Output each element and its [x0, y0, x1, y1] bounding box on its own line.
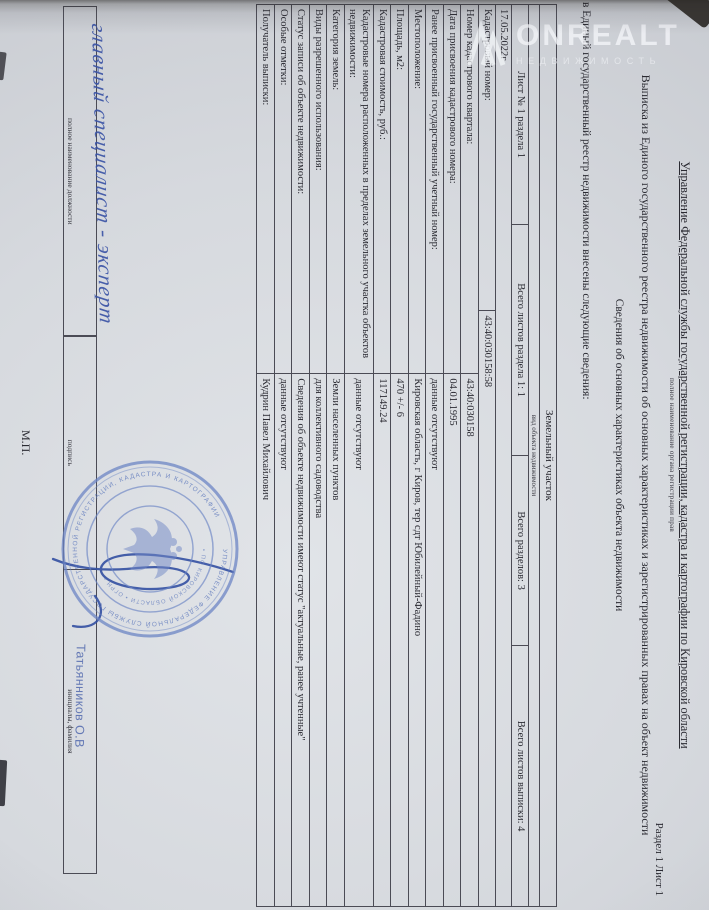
row-value: для коллективного садоводства	[310, 374, 325, 906]
table-row: Дата присвоения кадастрового номера: 04.…	[444, 5, 462, 906]
row-value: Земли населенных пунктов	[328, 374, 343, 906]
row-value: 43:40:030158	[462, 374, 477, 906]
row-value: Сведения об объекте недвижимости имеют с…	[293, 374, 308, 906]
cadastral-number-value: 43:40:030158:58	[479, 310, 495, 906]
row-label: Статус записи об объекте недвижимости:	[292, 5, 309, 374]
table-row: Статус записи об объекте недвижимости: С…	[292, 5, 310, 906]
row-value: данные отсутствуют	[275, 374, 290, 906]
row-value: 470 +/- 6	[392, 374, 407, 906]
authority-header: Управление Федеральной службы государств…	[677, 38, 692, 872]
egrn-extract-page: Управление Федеральной службы государств…	[0, 0, 709, 910]
row-value: данные отсутствуют	[427, 374, 442, 906]
row-value: Кудрин Павел Михайлович	[258, 374, 273, 906]
sheet-info-cell: Всего листов выписки: 4	[512, 645, 527, 906]
sheet-info-row: Лист № 1 раздела 1 Всего листов раздела …	[512, 5, 529, 906]
row-label: Кадастровые номера расположенных в преде…	[345, 5, 373, 374]
document-photo: Управление Федеральной службы государств…	[0, 0, 709, 910]
cadastral-number-label: Кадастровый номер:	[479, 5, 495, 310]
row-label: Дата присвоения кадастрового номера:	[444, 5, 461, 374]
row-label: Ранее присвоенный государственный учетны…	[427, 5, 444, 374]
row-label: Местоположение:	[409, 5, 426, 374]
row-label: Категория земель:	[327, 5, 344, 374]
row-label: Кадастровая стоимость, руб.:	[374, 5, 391, 374]
table-row: Особые отметки: данные отсутствуют	[275, 5, 293, 906]
row-value: 117149.24	[375, 374, 390, 906]
object-type: Земельный участок	[540, 5, 556, 906]
table-row: Ранее присвоенный государственный учетны…	[427, 5, 445, 906]
table-row: Местоположение: Кировская область, г Кир…	[409, 5, 427, 906]
sheet-info-cell: Лист № 1 раздела 1	[512, 5, 527, 224]
property-table: Земельный участок вид объекта недвижимос…	[256, 4, 557, 907]
row-value: данные отсутствуют	[351, 374, 366, 906]
table-row: Площадь, м2: 470 +/- 6	[392, 5, 410, 906]
seal-place-label: М.П.	[18, 430, 33, 455]
round-seal-stamp: УПРАВЛЕНИЕ ФЕДЕРАЛЬНОЙ СЛУЖБЫ ГОСУДАРСТВ…	[59, 458, 241, 640]
double-eagle-emblem	[123, 519, 182, 579]
row-value: 04.01.1995	[445, 374, 460, 906]
row-label: Виды разрешенного использования:	[310, 5, 327, 374]
row-label: Площадь, м2:	[392, 5, 409, 374]
table-row: Виды разрешенного использования: для кол…	[310, 5, 328, 906]
sheet-info-cell: Всего разделов: 3	[512, 455, 527, 645]
document-subtitle: Сведения об основных характеристиках объ…	[613, 0, 625, 910]
table-row: Кадастровые номера расположенных в преде…	[345, 5, 374, 906]
section-sheet-label: Раздел 1 Лист 1	[653, 823, 665, 896]
object-type-caption: вид объекта недвижимости	[529, 5, 540, 906]
document-title: Выписка из Единого государственного реес…	[638, 0, 653, 910]
authority-caption: полное наименование органа регистрации п…	[668, 0, 676, 910]
table-row: Получатель выписки: Кудрин Павел Михайло…	[257, 5, 275, 906]
extract-date: 17.05.2022г	[496, 5, 512, 906]
sheet-info-cell: Всего листов раздела 1: 1	[512, 224, 527, 455]
intro-line: в Единый государственный реестр недвижим…	[580, 2, 592, 910]
row-label: Получатель выписки:	[257, 5, 274, 374]
authority-name: Управление Федеральной службы государств…	[678, 161, 692, 748]
cadastral-number-row: Кадастровый номер: 43:40:030158:58	[479, 5, 496, 906]
table-row: Кадастровая стоимость, руб.: 117149.24	[374, 5, 392, 906]
row-value: Кировская область, г Киров, тер сдт Юбил…	[410, 374, 425, 906]
row-label: Особые отметки:	[275, 5, 292, 374]
table-row: Категория земель: Земли населенных пункт…	[327, 5, 345, 906]
table-row: Номер кадастрового квартала: 43:40:03015…	[462, 5, 480, 906]
row-label: Номер кадастрового квартала:	[462, 5, 479, 374]
